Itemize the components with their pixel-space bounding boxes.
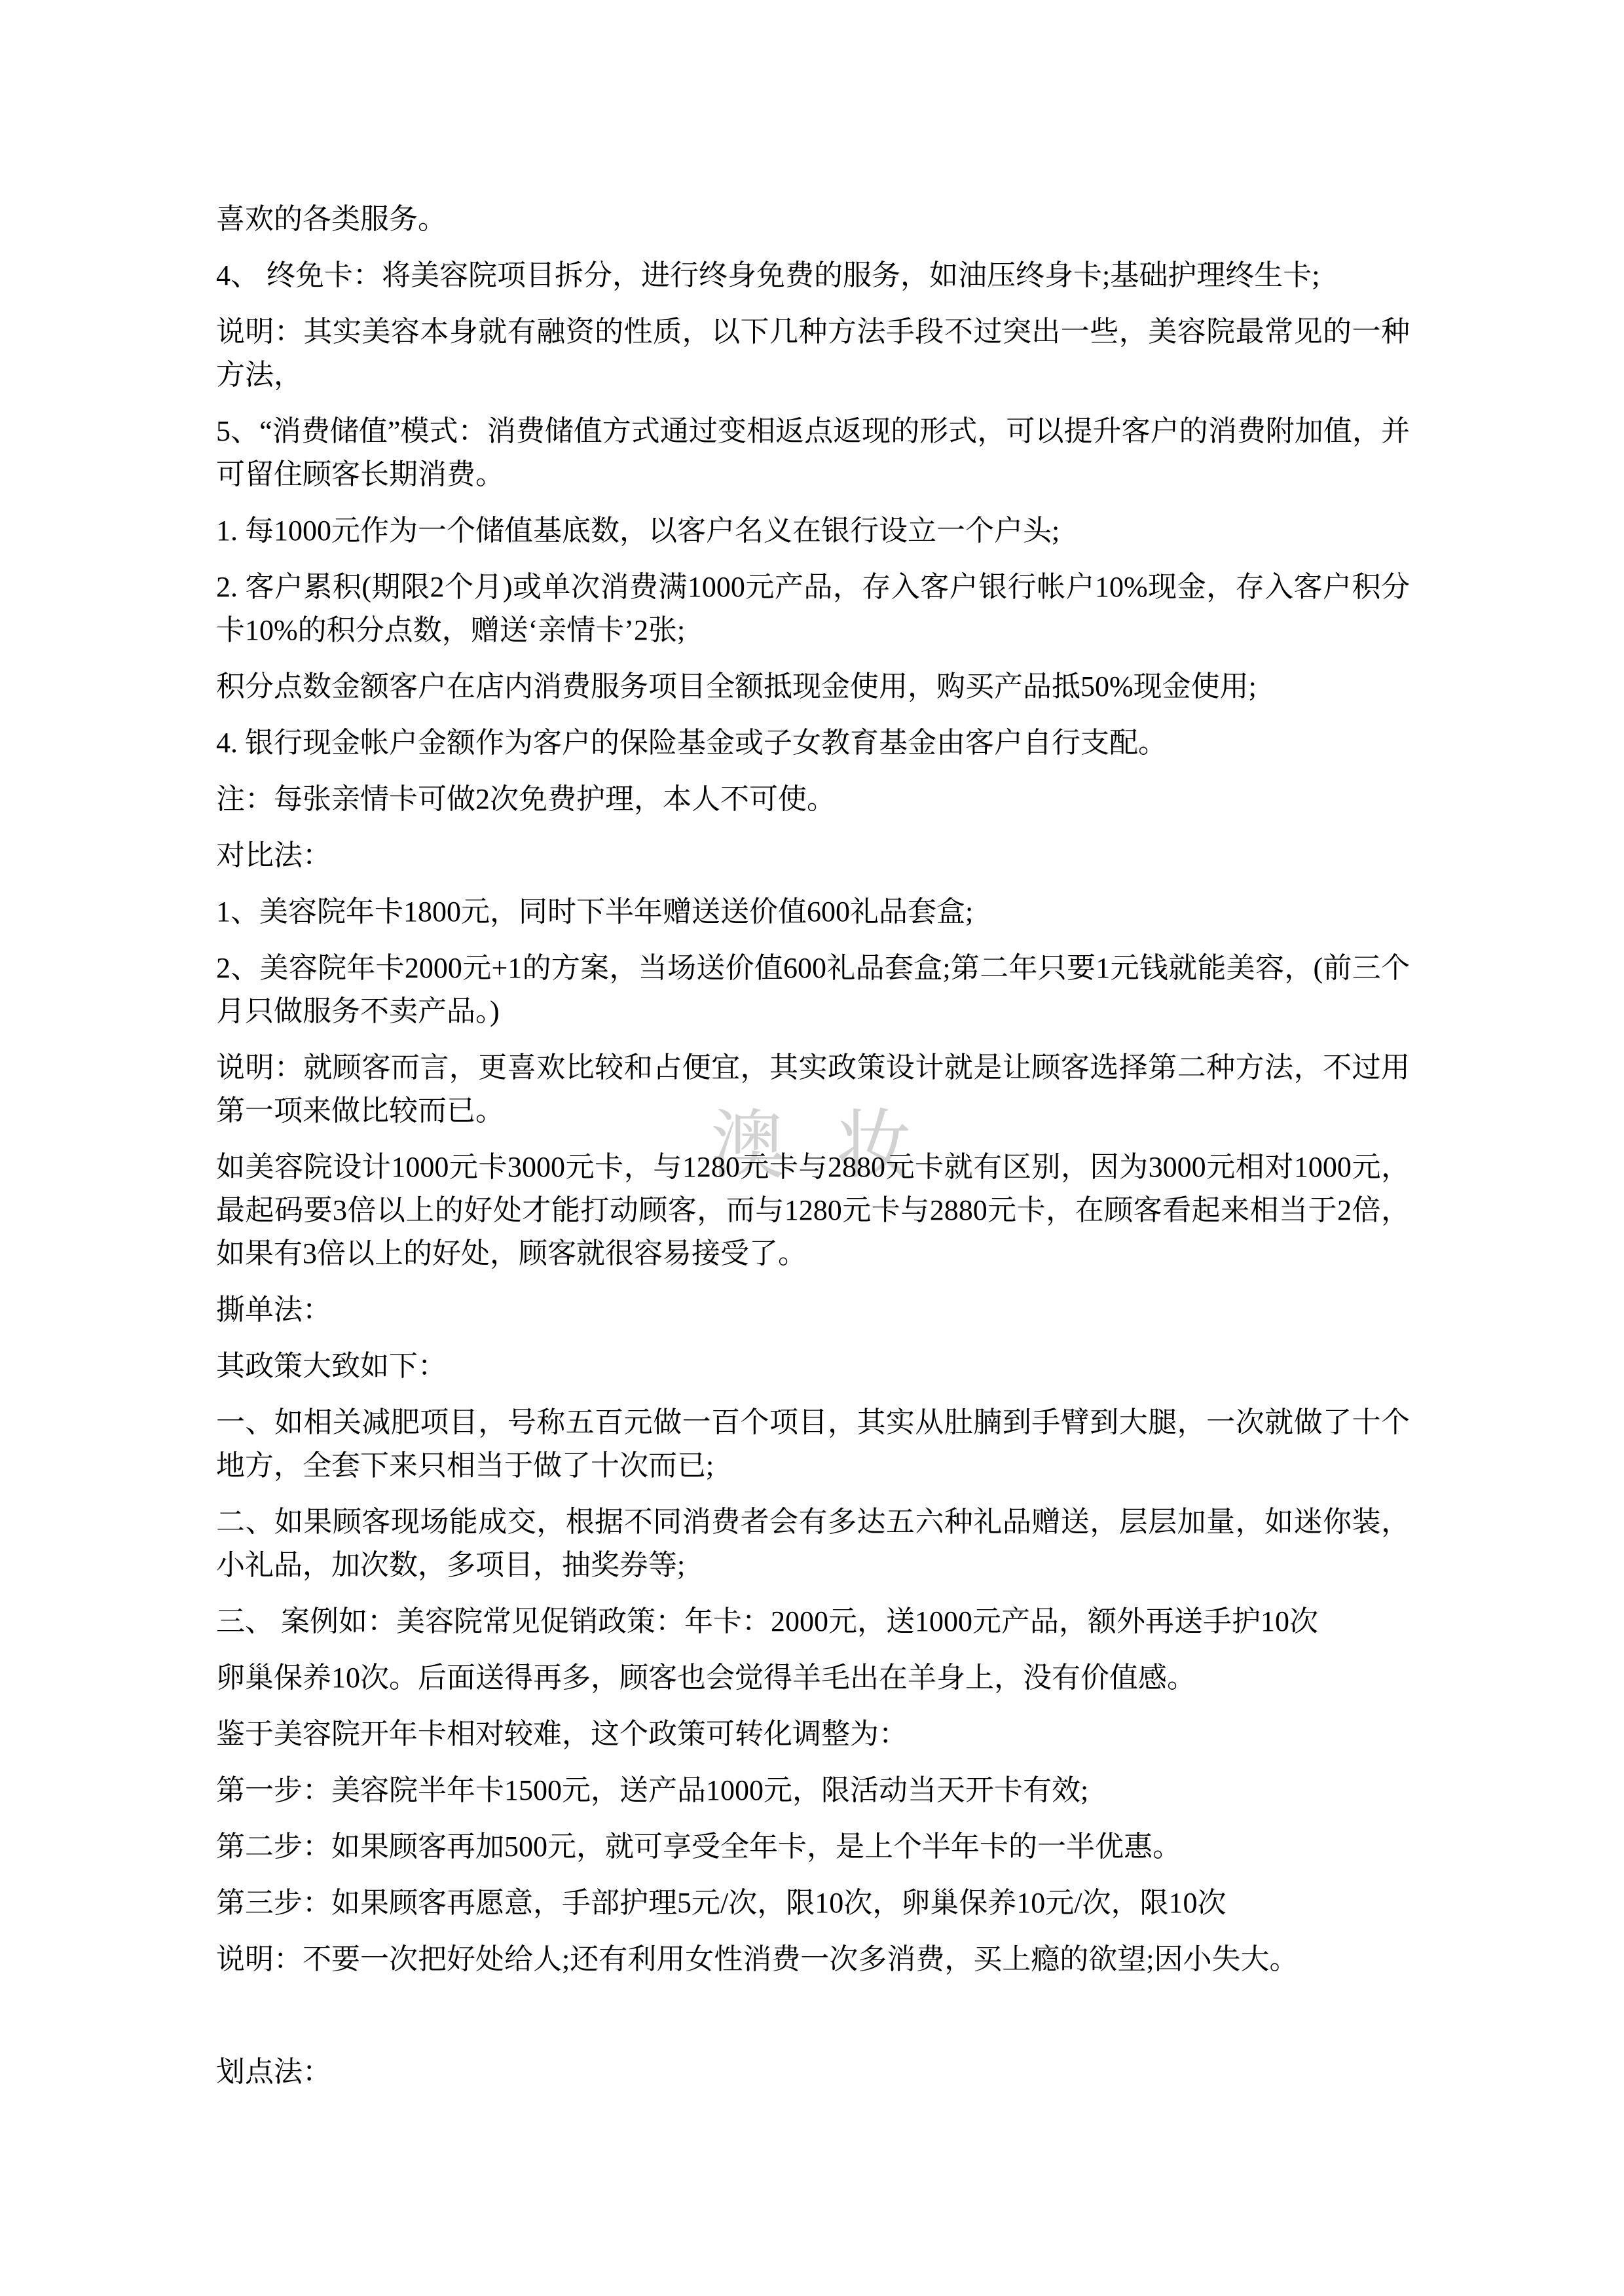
paragraph: 第一步：美容院半年卡1500元，送产品1000元，限活动当天开卡有效; [216, 1769, 1410, 1812]
paragraph-empty [216, 1994, 1410, 2037]
paragraph: 如美容院设计1000元卡3000元卡，与1280元卡与2880元卡就有区别，因为… [216, 1146, 1410, 1275]
paragraph: 二、如果顾客现场能成交，根据不同消费者会有多达五六种礼品赠送，层层加量，如迷你装… [216, 1501, 1410, 1587]
paragraph: 撕单法： [216, 1288, 1410, 1332]
paragraph: 2. 客户累积(期限2个月)或单次消费满1000元产品，存入客户银行帐户10%现… [216, 566, 1410, 652]
paragraph: 对比法： [216, 834, 1410, 877]
paragraph: 说明：不要一次把好处给人;还有利用女性消费一次多消费，买上瘾的欲望;因小失大。 [216, 1938, 1410, 1981]
paragraph: 1. 每1000元作为一个储值基底数，以客户名义在银行设立一个户头; [216, 509, 1410, 553]
paragraph: 2、美容院年卡2000元+1的方案，当场送价值600礼品套盒;第二年只要1元钱就… [216, 947, 1410, 1033]
paragraph: 5、“消费储值”模式：消费储值方式通过变相返点返现的形式，可以提升客户的消费附加… [216, 410, 1410, 496]
paragraph: 第三步：如果顾客再愿意，手部护理5元/次，限10次，卵巢保养10元/次，限10次 [216, 1882, 1410, 1925]
paragraph: 第二步：如果顾客再加500元，就可享受全年卡，是上个半年卡的一半优惠。 [216, 1825, 1410, 1868]
paragraph: 卵巢保养10次。后面送得再多，顾客也会觉得羊毛出在羊身上，没有价值感。 [216, 1656, 1410, 1700]
paragraph: 一、如相关减肥项目，号称五百元做一百个项目，其实从肚腩到手臂到大腿，一次就做了十… [216, 1401, 1410, 1487]
paragraph: 其政策大致如下： [216, 1345, 1410, 1388]
document-body: 喜欢的各类服务。 4、 终免卡：将美容院项目拆分，进行终身免费的服务，如油压终身… [216, 198, 1410, 2107]
paragraph: 说明：其实美容本身就有融资的性质，以下几种方法手段不过突出一些，美容院最常见的一… [216, 310, 1410, 397]
paragraph: 鉴于美容院开年卡相对较难，这个政策可转化调整为： [216, 1713, 1410, 1756]
paragraph: 4、 终免卡：将美容院项目拆分，进行终身免费的服务，如油压终身卡;基础护理终生卡… [216, 254, 1410, 297]
paragraph: 喜欢的各类服务。 [216, 198, 1410, 241]
paragraph: 1、美容院年卡1800元，同时下半年赠送送价值600礼品套盒; [216, 890, 1410, 934]
paragraph: 三、 案例如：美容院常见促销政策：年卡：2000元，送1000元产品，额外再送手… [216, 1600, 1410, 1643]
paragraph: 积分点数金额客户在店内消费服务项目全额抵现金使用，购买产品抵50%现金使用; [216, 665, 1410, 708]
paragraph: 4. 银行现金帐户金额作为客户的保险基金或子女教育基金由客户自行支配。 [216, 721, 1410, 765]
paragraph: 注：每张亲情卡可做2次免费护理，本人不可使。 [216, 778, 1410, 821]
document-page: 澳妆 喜欢的各类服务。 4、 终免卡：将美容院项目拆分，进行终身免费的服务，如油… [0, 0, 1624, 2296]
paragraph: 说明：就顾客而言，更喜欢比较和占便宜，其实政策设计就是让顾客选择第二种方法，不过… [216, 1046, 1410, 1133]
paragraph: 划点法： [216, 2050, 1410, 2094]
